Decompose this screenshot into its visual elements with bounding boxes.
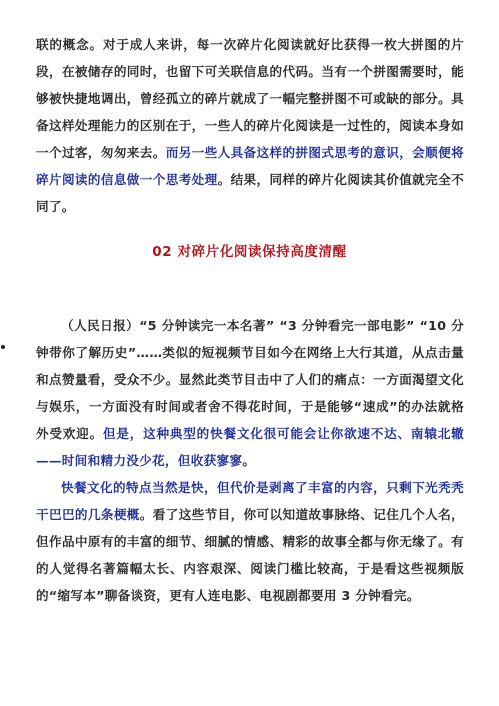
- paragraph-fast-food-cost: 快餐文化的特点当然是快，但代价是剥离了丰富的内容，只剩下光秃秃干巴巴的几条梗概。…: [36, 474, 464, 609]
- bullet-dot-icon: [1, 345, 5, 349]
- paragraph-text: （人民日报）“5 分钟读完一本名著” “3 分钟看完一部电影” “10 分钟带你…: [36, 318, 464, 441]
- paragraph-text: 联的概念。对于成人来讲，每一次碎片化阅读就好比获得一枚大拼图的片段，在被储存的同…: [36, 37, 464, 160]
- paragraph-puzzle-reading: 联的概念。对于成人来讲，每一次碎片化阅读就好比获得一枚大拼图的片段，在被储存的同…: [36, 31, 464, 220]
- section-heading: 02 对碎片化阅读保持高度清醒: [0, 240, 499, 260]
- paragraph-text: 。: [242, 453, 255, 468]
- document-page: 联的概念。对于成人来讲，每一次碎片化阅读就好比获得一枚大拼图的片段，在被储存的同…: [0, 0, 499, 706]
- paragraph-fast-food-culture: （人民日报）“5 分钟读完一本名著” “3 分钟看完一部电影” “10 分钟带你…: [36, 312, 464, 474]
